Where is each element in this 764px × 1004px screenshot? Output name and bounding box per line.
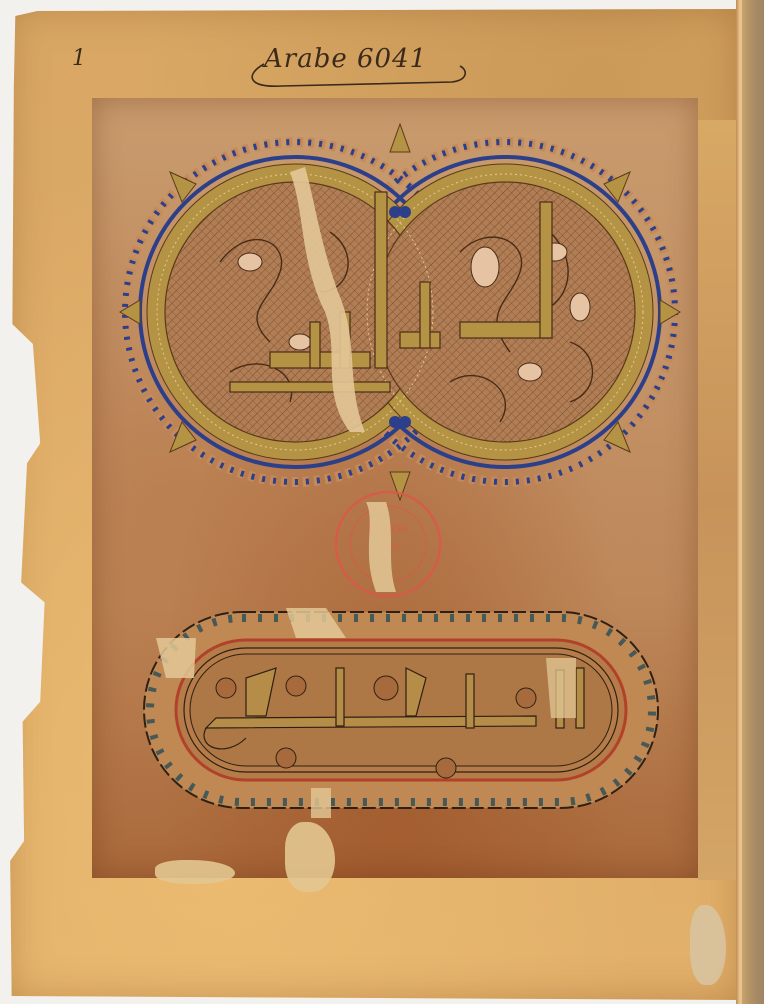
book-spine [740, 0, 764, 1004]
shelfmark-text: Arabe 6041 [264, 44, 427, 74]
folio-number: 1 [72, 46, 86, 71]
library-stamp: SCHEFER PARIS [316, 482, 456, 602]
shelfmark: Arabe 6041 [242, 44, 472, 90]
repair-strip [698, 120, 736, 880]
title-cartouche [136, 598, 666, 818]
double-medallion-illumination [100, 112, 700, 512]
paper-loss [155, 860, 235, 884]
